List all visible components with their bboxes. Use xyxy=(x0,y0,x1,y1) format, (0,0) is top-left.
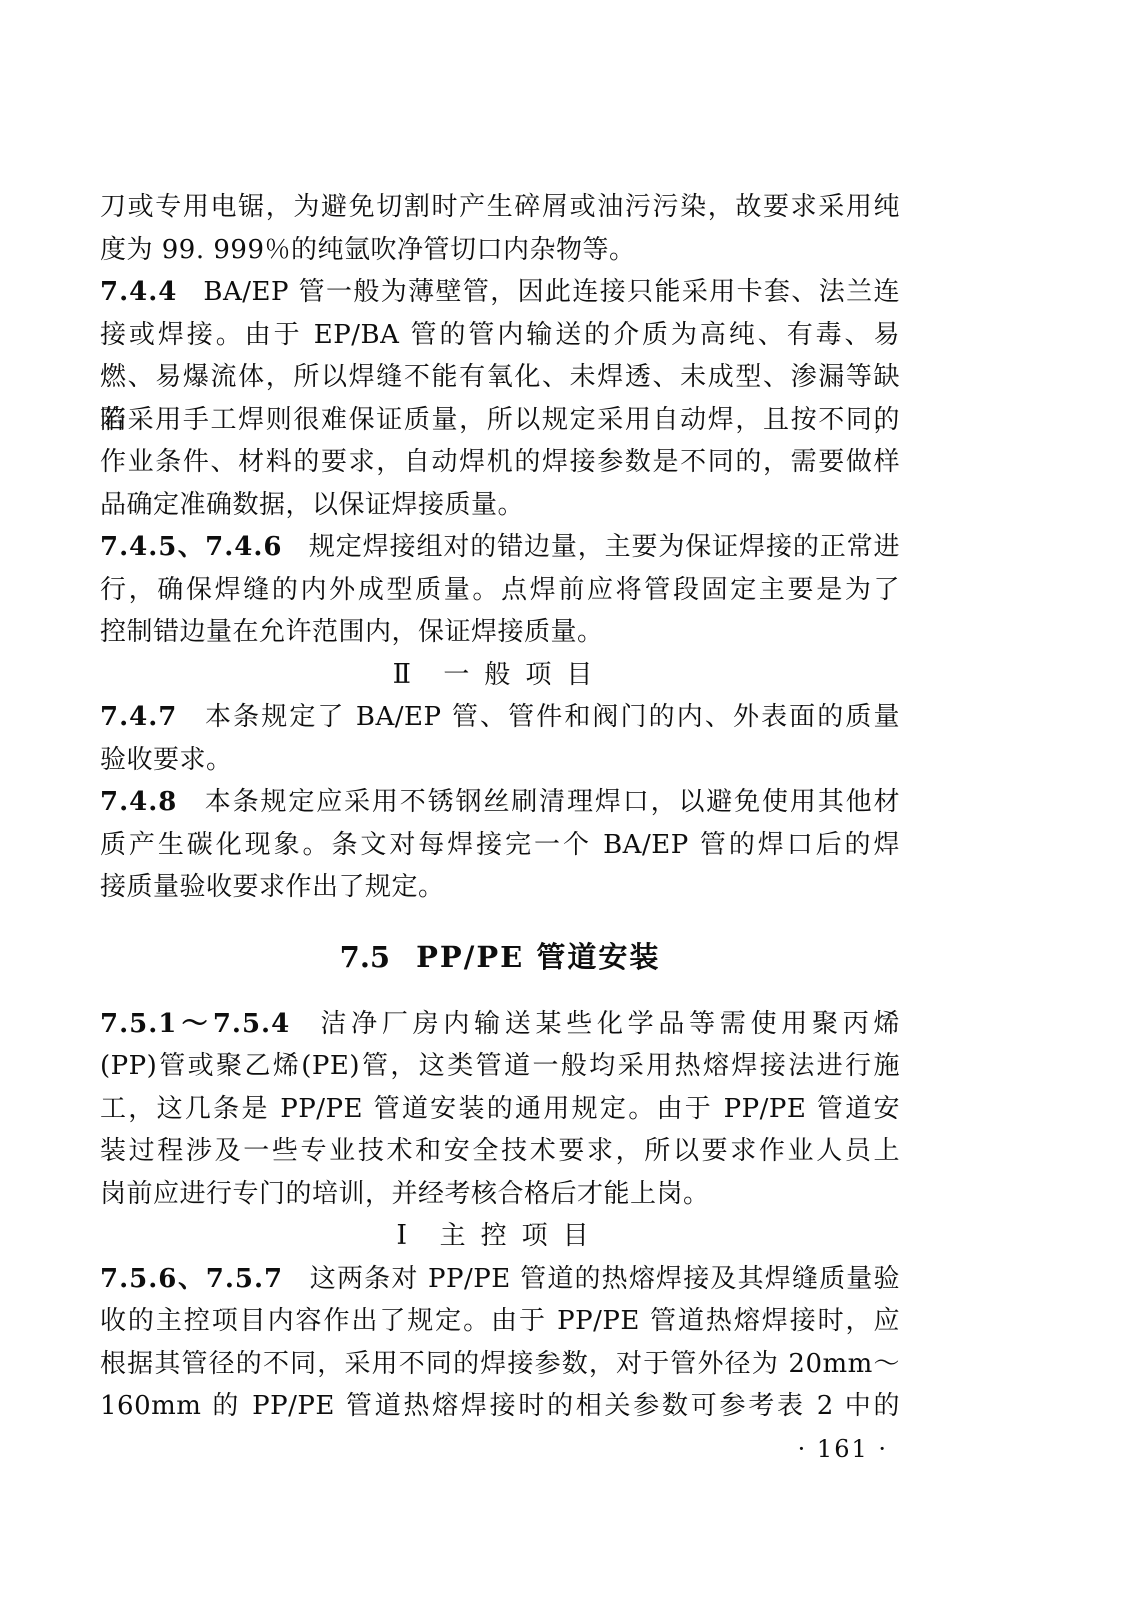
section-number: 7.5 xyxy=(340,940,390,974)
clause-gap xyxy=(177,724,203,725)
paragraph-line: 7.4.5、7.4.6规定焊接组对的错边量，主要为保证焊接的正常进 xyxy=(100,526,900,569)
clause-number: 7.4.7 xyxy=(100,702,177,732)
clause-number: 7.5.6、7.5.7 xyxy=(100,1264,283,1294)
paragraph-line: (PP)管或聚乙烯(PE)管，这类管道一般均采用热熔焊接法进行施 xyxy=(100,1045,900,1088)
clause-number: 7.4.8 xyxy=(100,787,177,817)
line-text: 若采用手工焊则很难保证质量，所以规定采用自动焊，且按不同的 xyxy=(100,405,900,435)
clause-gap xyxy=(177,809,203,810)
section-title: PP/PE 管道安装 xyxy=(416,940,660,974)
heading-gap xyxy=(390,966,416,967)
line-text: 规定焊接组对的错边量，主要为保证焊接的正常进 xyxy=(309,532,900,562)
roman-numeral: Ⅰ xyxy=(396,1215,407,1258)
line-text: 接或焊接。由于 EP/BA 管的管内输送的介质为高纯、有毒、易 xyxy=(100,320,900,350)
line-text: 行，确保焊缝的内外成型质量。点焊前应将管段固定主要是为了 xyxy=(100,575,900,605)
line-text: 质产生碳化现象。条文对每焊接完一个 BA/EP 管的焊口后的焊 xyxy=(100,830,900,860)
roman-numeral: Ⅱ xyxy=(393,654,412,697)
line-text: 品确定准确数据，以保证焊接质量。 xyxy=(100,490,524,520)
paragraph-line: 接质量验收要求作出了规定。 xyxy=(100,866,900,909)
line-text: BA/EP 管一般为薄壁管，因此连接只能采用卡套、法兰连 xyxy=(203,277,900,307)
line-text: 控制错边量在允许范围内，保证焊接质量。 xyxy=(100,617,604,647)
line-text: 根据其管径的不同，采用不同的焊接参数，对于管外径为 20mm～ xyxy=(100,1349,900,1379)
subsection-label: 主控项目 xyxy=(440,1221,604,1251)
paragraph-line: 根据其管径的不同，采用不同的焊接参数，对于管外径为 20mm～ xyxy=(100,1343,900,1386)
section-heading: 7.5PP/PE 管道安装 xyxy=(100,935,900,979)
subsection-heading: Ⅰ主控项目 xyxy=(100,1215,900,1258)
clause-number: 7.4.5、7.4.6 xyxy=(100,532,283,562)
line-text: 本条规定应采用不锈钢丝刷清理焊口，以避免使用其他材 xyxy=(203,787,900,817)
line-text: 岗前应进行专门的培训，并经考核合格后才能上岗。 xyxy=(100,1179,710,1209)
line-text: 度为 99. 999％的纯氩吹净管切口内杂物等。 xyxy=(100,235,636,265)
paragraph-line: 岗前应进行专门的培训，并经考核合格后才能上岗。 xyxy=(100,1173,900,1216)
line-text: 刀或专用电锯，为避免切割时产生碎屑或油污污染，故要求采用纯 xyxy=(100,192,900,222)
line-text: 作业条件、材料的要求，自动焊机的焊接参数是不同的，需要做样 xyxy=(100,447,900,477)
clause-number: 7.5.1～7.5.4 xyxy=(100,1009,290,1039)
paragraph-line: 度为 99. 999％的纯氩吹净管切口内杂物等。 xyxy=(100,229,900,272)
paragraph-line: 行，确保焊缝的内外成型质量。点焊前应将管段固定主要是为了 xyxy=(100,569,900,612)
paragraph-line: 接或焊接。由于 EP/BA 管的管内输送的介质为高纯、有毒、易 xyxy=(100,314,900,357)
paragraph-line: 收的主控项目内容作出了规定。由于 PP/PE 管道热熔焊接时，应 xyxy=(100,1300,900,1343)
line-text: 接质量验收要求作出了规定。 xyxy=(100,872,445,902)
line-text: 验收要求。 xyxy=(100,745,233,775)
paragraph-line: 控制错边量在允许范围内，保证焊接质量。 xyxy=(100,611,900,654)
subsection-heading: Ⅱ一般项目 xyxy=(100,654,900,697)
line-text: 160mm 的 PP/PE 管道热熔焊接时的相关参数可参考表 2 中的 xyxy=(100,1391,900,1421)
subsection-label: 一般项目 xyxy=(443,660,607,690)
paragraph-line: 刀或专用电锯，为避免切割时产生碎屑或油污污染，故要求采用纯 xyxy=(100,186,900,229)
line-text: 这两条对 PP/PE 管道的热熔焊接及其焊缝质量验 xyxy=(309,1264,900,1294)
paragraph-line: 7.5.6、7.5.7这两条对 PP/PE 管道的热熔焊接及其焊缝质量验 xyxy=(100,1258,900,1301)
paragraph-line: 若采用手工焊则很难保证质量，所以规定采用自动焊，且按不同的 xyxy=(100,399,900,442)
paragraph-line: 160mm 的 PP/PE 管道热熔焊接时的相关参数可参考表 2 中的 xyxy=(100,1385,900,1428)
clause-gap xyxy=(177,299,203,300)
paragraph-line: 工，这几条是 PP/PE 管道安装的通用规定。由于 PP/PE 管道安 xyxy=(100,1088,900,1131)
clause-gap xyxy=(283,1286,309,1287)
paragraph-line: 燃、易爆流体，所以焊缝不能有氧化、未焊透、未成型、渗漏等缺陷， xyxy=(100,356,900,399)
paragraph-line: 品确定准确数据，以保证焊接质量。 xyxy=(100,484,900,527)
paragraph-line: 质产生碳化现象。条文对每焊接完一个 BA/EP 管的焊口后的焊 xyxy=(100,824,900,867)
clause-gap xyxy=(283,554,309,555)
paragraph-line: 7.4.4BA/EP 管一般为薄壁管，因此连接只能采用卡套、法兰连 xyxy=(100,271,900,314)
line-text: (PP)管或聚乙烯(PE)管，这类管道一般均采用热熔焊接法进行施 xyxy=(100,1051,900,1081)
clause-gap xyxy=(290,1031,316,1032)
paragraph-line: 7.5.1～7.5.4洁净厂房内输送某些化学品等需使用聚丙烯 xyxy=(100,1003,900,1046)
paragraph-line: 7.4.8本条规定应采用不锈钢丝刷清理焊口，以避免使用其他材 xyxy=(100,781,900,824)
line-text: 工，这几条是 PP/PE 管道安装的通用规定。由于 PP/PE 管道安 xyxy=(100,1094,900,1124)
paragraph-line: 7.4.7本条规定了 BA/EP 管、管件和阀门的内、外表面的质量 xyxy=(100,696,900,739)
paragraph-line: 装过程涉及一些专业技术和安全技术要求，所以要求作业人员上 xyxy=(100,1130,900,1173)
line-text: 洁净厂房内输送某些化学品等需使用聚丙烯 xyxy=(316,1009,900,1039)
text-block: 刀或专用电锯，为避免切割时产生碎屑或油污污染，故要求采用纯度为 99. 999％… xyxy=(100,186,900,1470)
paragraph-line: 验收要求。 xyxy=(100,739,900,782)
line-text: 本条规定了 BA/EP 管、管件和阀门的内、外表面的质量 xyxy=(203,702,900,732)
clause-number: 7.4.4 xyxy=(100,277,177,307)
paragraph-line: 作业条件、材料的要求，自动焊机的焊接参数是不同的，需要做样 xyxy=(100,441,900,484)
line-text: 收的主控项目内容作出了规定。由于 PP/PE 管道热熔焊接时，应 xyxy=(100,1306,900,1336)
page-number: · 161 · xyxy=(100,1428,900,1471)
line-text: 装过程涉及一些专业技术和安全技术要求，所以要求作业人员上 xyxy=(100,1136,900,1166)
document-page: 刀或专用电锯，为避免切割时产生碎屑或油污污染，故要求采用纯度为 99. 999％… xyxy=(0,0,1142,1600)
